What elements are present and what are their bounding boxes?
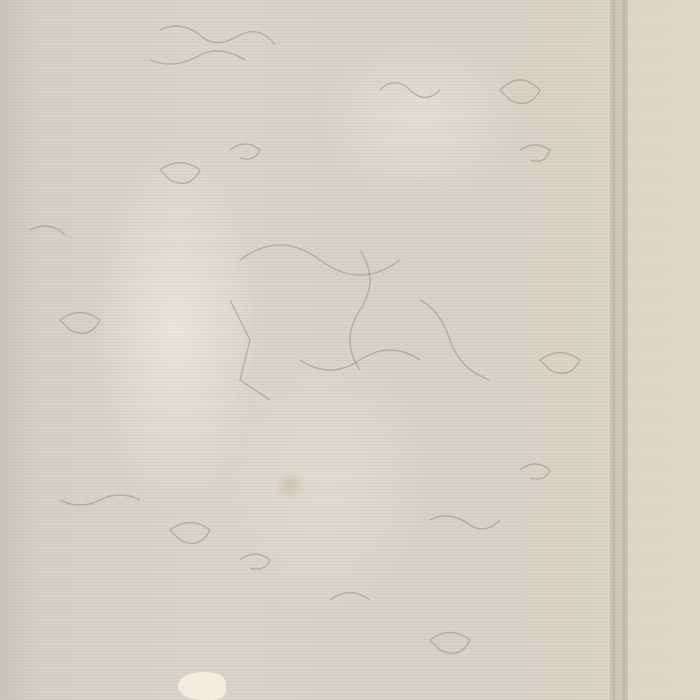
floral-motif-pattern: [0, 0, 700, 700]
rug-photo: [0, 0, 700, 700]
faded-stain: [275, 470, 305, 500]
worn-spot: [178, 672, 226, 700]
